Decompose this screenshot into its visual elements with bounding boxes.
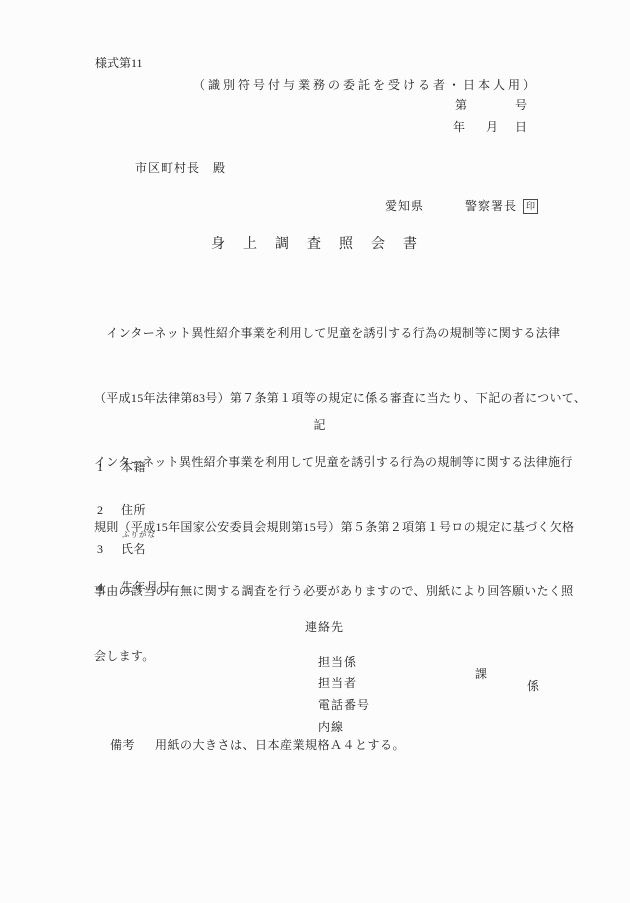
body-line: インターネット異性紹介事業を利用して児童を誘引する行為の規制等に関する法律施行 bbox=[94, 452, 576, 474]
remarks-text: 用紙の大きさは、日本産業規格Ａ４とする。 bbox=[155, 738, 405, 752]
sender-line: 愛知県 警察署長 印 bbox=[0, 199, 630, 215]
recipient-line: 市区町村長 殿 bbox=[135, 162, 226, 174]
seal-mark: 印 bbox=[523, 199, 538, 214]
document-number-line: 第号 bbox=[455, 99, 527, 111]
remarks-line: 備考用紙の大きさは、日本産業規格Ａ４とする。 bbox=[110, 739, 405, 751]
contact-extension-label: 内線 bbox=[318, 721, 344, 733]
list-item-seinengappi: 4生年月日 bbox=[95, 581, 171, 593]
item-label: 住所 bbox=[121, 503, 146, 517]
list-item-jusho: 2住所 bbox=[95, 504, 146, 516]
document-page: 様式第11 （識別符号付与業務の委託を受ける者・日本人用） 第号 年月日 市区町… bbox=[0, 0, 630, 903]
date-line: 年月日 bbox=[453, 121, 527, 133]
item-label: 生年月日 bbox=[121, 580, 171, 594]
item-number: 1 bbox=[97, 461, 121, 473]
document-title: 身 上 調 査 照 会 書 bbox=[0, 238, 630, 252]
item-number: 4 bbox=[97, 581, 121, 593]
list-item-honseki: 1本籍 bbox=[95, 461, 146, 473]
form-subtitle: （識別符号付与業務の委託を受ける者・日本人用） bbox=[193, 79, 538, 91]
document-number-prefix: 第 bbox=[455, 98, 467, 112]
sender-office: 警察署長 bbox=[465, 200, 517, 212]
item-number: 2 bbox=[97, 504, 121, 516]
body-line: 規則（平成15年国家公安委員会規則第15号）第５条第２項第１号ロの規定に基づく欠… bbox=[94, 517, 576, 539]
item-label: 氏名 bbox=[121, 542, 146, 556]
form-number: 様式第11 bbox=[95, 57, 143, 69]
contact-row-person: 担当者 bbox=[0, 665, 630, 679]
date-day-label: 日 bbox=[515, 120, 527, 134]
remarks-label: 備考 bbox=[110, 738, 135, 752]
date-month-label: 月 bbox=[486, 120, 498, 134]
body-line: （平成15年法律第83号）第７条第１項等の規定に係る審査に当たり、下記の者につい… bbox=[94, 388, 576, 410]
sender-prefecture: 愛知県 bbox=[385, 200, 424, 212]
list-item-shimei: 3ふりがな氏名 bbox=[95, 543, 146, 555]
item-number: 3 bbox=[97, 543, 121, 555]
document-number-suffix: 号 bbox=[515, 98, 527, 112]
date-year-label: 年 bbox=[453, 120, 465, 134]
contact-heading: 連絡先 bbox=[305, 621, 344, 633]
contact-row-section: 担当係 課 係 bbox=[0, 644, 630, 658]
section-marker: 記 bbox=[0, 419, 630, 431]
contact-row-phone: 電話番号 bbox=[0, 687, 630, 701]
item-label: 本籍 bbox=[121, 460, 146, 474]
furigana-note: ふりがな bbox=[122, 531, 156, 539]
body-line: インターネット異性紹介事業を利用して児童を誘引する行為の規制等に関する法律 bbox=[94, 323, 576, 345]
contact-row-extension: 内線 bbox=[0, 709, 630, 723]
